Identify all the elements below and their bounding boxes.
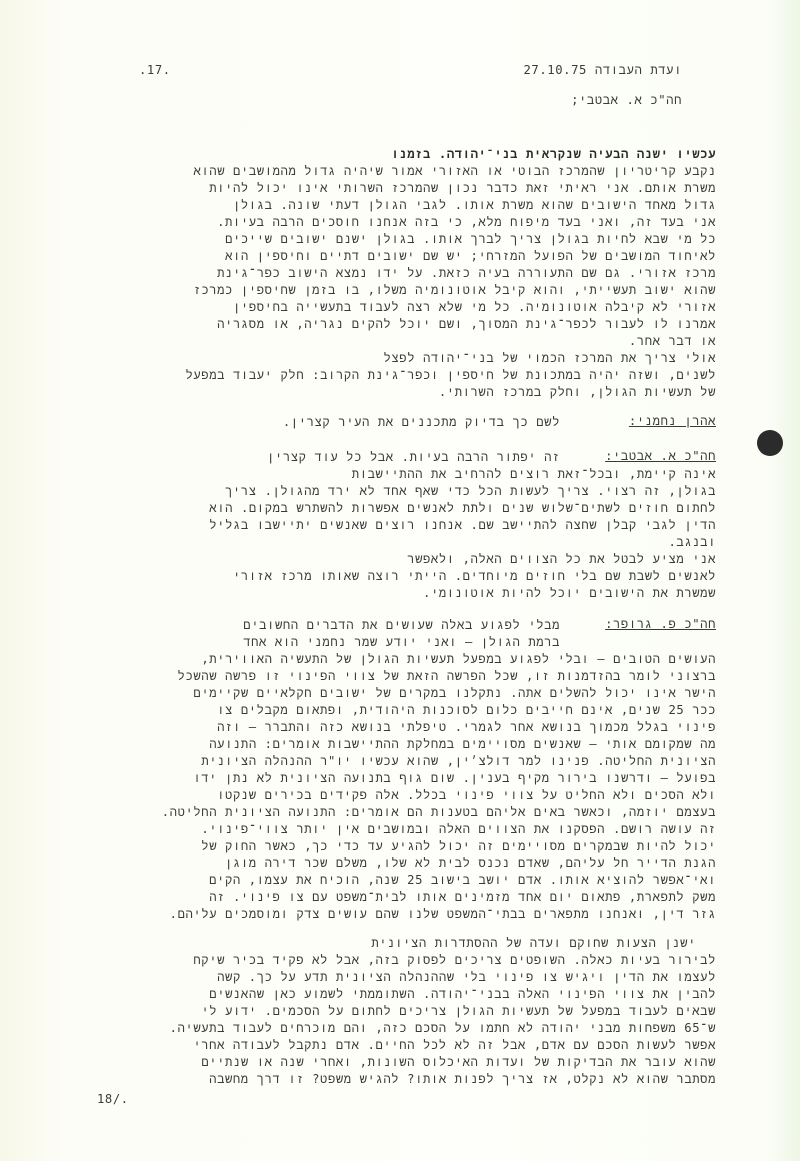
speech-line: זה יפתור הרבה בעיות. אבל כל עוד קצרין: [267, 449, 560, 465]
speaker-label: חה"כ א. אבטבי:: [605, 449, 716, 464]
paragraph-line: אזורי לא קיבלה אוטונומיה. כל מי שלא רצה …: [233, 299, 716, 315]
speech-line: יכול להיות שבמקרים מסויימים זה יכול להגי…: [201, 838, 716, 854]
paragraph-line: שבאים לעבוד במפעל של תעשיות הגולן צריכים…: [201, 1003, 716, 1019]
speech-line: אינה קיימת, ובכל־זאת רוצים להרחיב את ההת…: [352, 466, 716, 482]
speech-line: ולא הסכים ולא החליט על צווי פינוי בכלל. …: [217, 787, 716, 803]
paragraph-line: מרכז אזורי. גם שם התעוררה בעיה כזאת. על …: [217, 265, 716, 281]
speech-line: הגנת הדייר חל עליהם, שאדם נכנס לבית לא ש…: [225, 855, 716, 871]
speech-line: הדין לגבי קבלן שחצה להתיישב שם. אנחנו רו…: [209, 517, 716, 533]
paragraph-line: אני בעד זה, ואני בעד מיפוח מלא, כי בזה א…: [217, 214, 716, 230]
speech-line: מבלי לפגוע באלה שעושים את הדברים החשובים: [243, 617, 560, 633]
paragraph-line: נקבע קריטריון שהמרכז הבוטי או האזורי אמו…: [193, 163, 716, 179]
continuation-marker: 18/.: [97, 1091, 129, 1107]
speech-line: העושים הטובים – ובלי לפגוע במפעל תעשיות …: [201, 651, 716, 667]
speech-line: גזר דין, ואנחנו מתפארים בבתי־המשפט שלנו …: [170, 906, 716, 922]
speech-line: אני מציע לבטל את כל הצווים האלה, ולאפשר: [407, 551, 716, 567]
paragraph-line: שהוא עובר את הבדיקות של ועדות האיכלוס הש…: [201, 1054, 716, 1070]
paragraph-line: לבירור בעיות כאלה. השופטים צריכים לפסוק …: [193, 952, 716, 968]
speaker-heading: חה"כ א. אבטבי;: [571, 92, 682, 108]
paragraph-line: שהוא ישוב תעשייתי, והוא קיבל אוטונומיה מ…: [193, 282, 716, 298]
document-header: ועדת העבודה 27.10.75: [523, 62, 682, 78]
speech-line: מה שמקומם אותי – שאנשים מסויימים במחלקת …: [209, 736, 716, 752]
speech-line: ברצוני לומר בהזדמנות זו, שכל הפרשה הזאת …: [178, 668, 716, 684]
paragraph-line: לאיחוד המושבים של הפועל המזרחי; יש שם יש…: [225, 248, 716, 264]
paragraph-line: משרת אותם. אני ראיתי זאת כדבר נכון שהמרכ…: [209, 180, 716, 196]
paragraph-line: עכשיו ישנה הבעיה שנקראית בני־יהודה. בזמנ…: [391, 146, 716, 162]
paragraph-line: אמרנו לו לעבור לכפר־גינת המסוך, ושם יוכל…: [217, 316, 716, 332]
paragraph-line: אפשר לעשות הסכם עם אדם, אבל זה לא לכל הח…: [193, 1037, 716, 1053]
speech-line: משק לתפארת, פתאום יום אחד מזמינים אותו ל…: [209, 889, 716, 905]
speech-line: הישר אינו יכול להשלים אתה. נתקלנו במקרים…: [193, 685, 716, 701]
paragraph-line: להבין את צווי הפינוי האלה בבני־יהודה. הש…: [209, 986, 716, 1002]
speaker-label: אהרן נחמני:: [629, 414, 716, 429]
speech-line: ככר 25 שנים, אינם חייבים כלום לסוכנות הי…: [217, 702, 716, 718]
speech-line: פינוי בגלל מכמוך בנושא אחר לגמרי. טיפלתי…: [217, 719, 716, 735]
paragraph-line: או דבר אחר.: [629, 333, 716, 349]
paragraph-line: לעצמו את הדין ויגיש צו פינוי בלי שההנהלה…: [217, 969, 716, 985]
document-page: .17. ועדת העבודה 27.10.75 חה"כ א. אבטבי;…: [0, 0, 800, 1161]
speaker-label: חה"כ פ. גרופר:: [605, 617, 716, 632]
speech-line: זה עושה רושם. הפסקנו את הצווים האלה ובמו…: [201, 821, 716, 837]
speech-line: ובנגב.: [668, 534, 716, 550]
paragraph-line: ש־65 משפחות מבני יהודה לא חתמו על הסכם כ…: [170, 1020, 716, 1036]
speech-line: שמשרת את הישובים יוכל להיות אוטונומי.: [423, 585, 716, 601]
paragraph-line: כל מי שבא לחיות בגולן צריך לברך אותו. בג…: [225, 231, 716, 247]
paragraph-line: לשנים, ושזה יהיה במתכונת של חיספין וכפר־…: [185, 367, 716, 383]
speech-line: ואי־אפשר להוציא אותו. אדם יושב בישוב 25 …: [209, 872, 716, 888]
speech-line: לאנשים לשבת שם בלי חוזים מיוחדים. הייתי …: [233, 568, 716, 584]
page-number: .17.: [139, 62, 171, 78]
speech-line: לחתום חוזים לשתים־שלוש שנים ולתת לאנשים …: [209, 500, 716, 516]
paragraph-line: ישנן הצעות שחוקם ועדה של ההסתדרות הציוני…: [371, 935, 696, 951]
speech-line: הציונית החליטה. פנינו למר דולצ׳ין, שהוא …: [201, 753, 716, 769]
speech-line: בעצמם יוזמה, וכאשר באים אליהם בטענות הם …: [162, 804, 716, 820]
paragraph-line: גדול מאחד הישובים שהוא משרת אותו. לגבי ה…: [233, 197, 716, 213]
paragraph-line: מסתבר שהוא לא נקלט, אז צריך לפנות אותו? …: [209, 1071, 716, 1087]
punch-hole-top: [757, 430, 783, 456]
speech-line: ברמת הגולן – ואני יודע שמר נחמני הוא אחד: [243, 634, 560, 650]
paragraph-line: אולי צריך את המרכז הכמוי של בני־יהודה לפ…: [383, 350, 716, 366]
paragraph-line: של תעשיות הגולן, וחלק במרכז השרותי.: [439, 384, 716, 400]
speech-line: בפועל – ודרשנו בירור מקיף בענין. שום גוף…: [193, 770, 716, 786]
speech-line: לשם כך בדיוק מתכננים את העיר קצרין.: [283, 414, 560, 430]
speech-line: בגולן, זה רצוי. צריך לעשות הכל כדי שאף א…: [225, 483, 716, 499]
